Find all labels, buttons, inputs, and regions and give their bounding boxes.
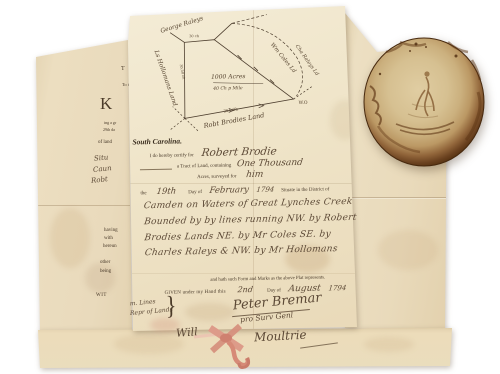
grant-fragment: of land [98,140,112,145]
grant-script-fragment: Robt [91,175,109,185]
crease-line [34,205,130,206]
survey-plat: George Raleys Ls Hollomans Land Wm Coles… [127,3,360,143]
document-photo: T To th K ing a gr 29th da of land Situ … [0,0,500,374]
ribbon-smudge [150,318,180,332]
plat-chains: 40 Ch p Mile [212,85,243,92]
grant-fragment: ing a gr [104,120,116,125]
wax-seal [360,34,492,172]
body-line: Charles Raleys & NW. by Mr Hollomans [144,244,338,258]
stain [85,263,115,293]
acres-prefix: Acres, surveyed for [197,174,236,180]
plat-acreage: 1000 Acres [211,73,246,81]
parchment-left-flap: T To th K ing a gr 29th da of land Situ … [30,38,135,338]
stain [378,230,438,270]
plat-neighbor-right: Wm Coles Ld [269,42,297,75]
survey-day: 19th [156,187,177,197]
ribbon [190,322,280,372]
stain [364,337,414,352]
acreage-amount: One Thousand [237,158,304,169]
grant-script-fragment: Situ [94,153,109,162]
plat-neighbor-left: Ls Hollomans Land [152,48,178,107]
margin-brace: } [165,290,176,321]
plat-neighbor-top: George Raleys [160,15,204,35]
grant-initial-letter: K [100,94,112,114]
grant-fragment: hereun [103,244,117,249]
stain [50,208,90,268]
grant-script-fragment: Caun [93,164,112,174]
situate-label: Situate in the District of [281,187,329,193]
beneficiary: him [246,170,264,180]
certify-prefix: I do hereby certify for [150,153,194,159]
form-statement: and hath such Form and Marks as the abov… [210,275,325,282]
grant-fragment: other [100,260,110,265]
plat-corner-mark: W.O [299,100,308,106]
tract-prefix: a Tract of Land, containing [177,163,231,169]
seal-body [364,38,484,166]
grant-fragment: WIT [96,293,107,298]
grantee-name: Robert Brodie [201,145,278,159]
plat-measure-top: 30 ch [189,34,200,38]
survey-year: 1794 [256,185,275,193]
day-of-label: Day of [188,190,202,195]
given-day: 2nd [237,285,253,294]
survey-month: February [208,185,249,196]
certificate-content: George Raleys Ls Hollomans Land Wm Coles… [122,2,379,337]
state-heading: South Carolina. [132,136,182,146]
body-line: Bounded by by lines running NW. by Rober… [143,213,357,227]
body-line: Brodies Lands NE. by Mr Coles SE. by [144,229,332,243]
margin-note: m. Lines [129,298,155,307]
plat-neighbor-right: Cha Raleys Ld [294,44,320,77]
grant-fragment: being [100,269,111,274]
blank-rule [140,169,172,171]
date-the: the [140,191,146,196]
plat-measure-bottom: 361 Ch [223,106,239,113]
given-year: 1794 [328,284,347,292]
body-line: Camden on Waters of Great Lynches Creek [143,197,353,211]
given-day-of: Day of [267,288,281,293]
grant-fragment: with [104,236,113,241]
grant-fragment: 29th da [103,127,115,132]
grant-fragment: having [104,228,118,233]
